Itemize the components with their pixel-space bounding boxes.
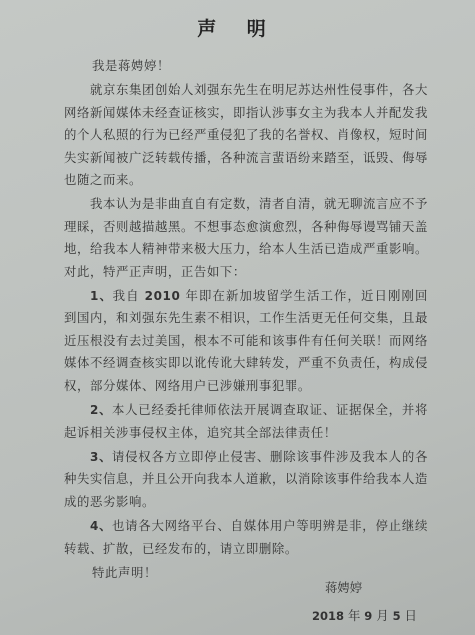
paragraph-intro: 就京东集团创始人刘强东先生在明尼苏达州性侵事件，各大网络新闻媒体未经查证核实，即… [64, 79, 428, 191]
statement-item-1: 1、我自 2010 年即在新加坡留学生活工作，近日刚刚回到国内，和刘强东先生素不… [64, 285, 428, 397]
closing-line: 特此声明！ [92, 562, 428, 584]
item-text-before: 我自 [113, 288, 145, 303]
statement-item-2: 2、本人已经委托律师依法开展调查取证、证据保全，并将起诉相关涉事侵权主体，追究其… [64, 399, 428, 444]
statement-item-3: 3、请侵权各方立即停止侵害、删除该事件涉及我本人的各种失实信息，并且公开向我本人… [64, 446, 428, 513]
statement-item-4: 4、也请各大网络平台、自媒体用户等明辨是非，停止继续转载、扩散，已经发布的，请立… [64, 515, 428, 560]
item-number: 2、 [90, 403, 112, 417]
item-text: 也请各大网络平台、自媒体用户等明辨是非，停止继续转载、扩散，已经发布的，请立即删… [64, 518, 428, 555]
item-text: 请侵权各方立即停止侵害、删除该事件涉及我本人的各种失实信息，并且公开向我本人道歉… [64, 449, 428, 509]
greeting: 我是蒋娉婷！ [92, 55, 428, 77]
date-year-unit: 年 [344, 608, 364, 623]
statement-page: 声 明 我是蒋娉婷！ 就京东集团创始人刘强东先生在明尼苏达州性侵事件，各大网络新… [0, 0, 475, 635]
document-title: 声 明 [0, 14, 475, 41]
signature-date: 2018 年 9 月 5 日 [312, 606, 417, 624]
item-year: 2010 [145, 289, 181, 303]
item-text: 本人已经委托律师依法开展调查取证、证据保全，并将起诉相关涉事侵权主体，追究其全部… [64, 402, 428, 439]
item-number: 3、 [90, 450, 112, 464]
document-body: 我是蒋娉婷！ 就京东集团创始人刘强东先生在明尼苏达州性侵事件，各大网络新闻媒体未… [64, 55, 428, 584]
item-number: 1、 [90, 289, 113, 303]
item-number: 4、 [90, 519, 112, 533]
paragraph-response: 我本认为是非曲直自有定数，清者自清，就无聊流言应不予理睬，否则越描越黑。不想事态… [64, 193, 428, 283]
date-month-unit: 月 [372, 608, 392, 623]
date-year: 2018 [312, 609, 344, 623]
item-text-after: 年即在新加坡留学生活工作，近日刚刚回到国内，和刘强东先生素不相识，工作生活更无任… [64, 288, 428, 393]
date-day: 5 [393, 609, 401, 623]
date-day-unit: 日 [401, 608, 417, 623]
signature: 蒋娉婷 [325, 578, 362, 596]
